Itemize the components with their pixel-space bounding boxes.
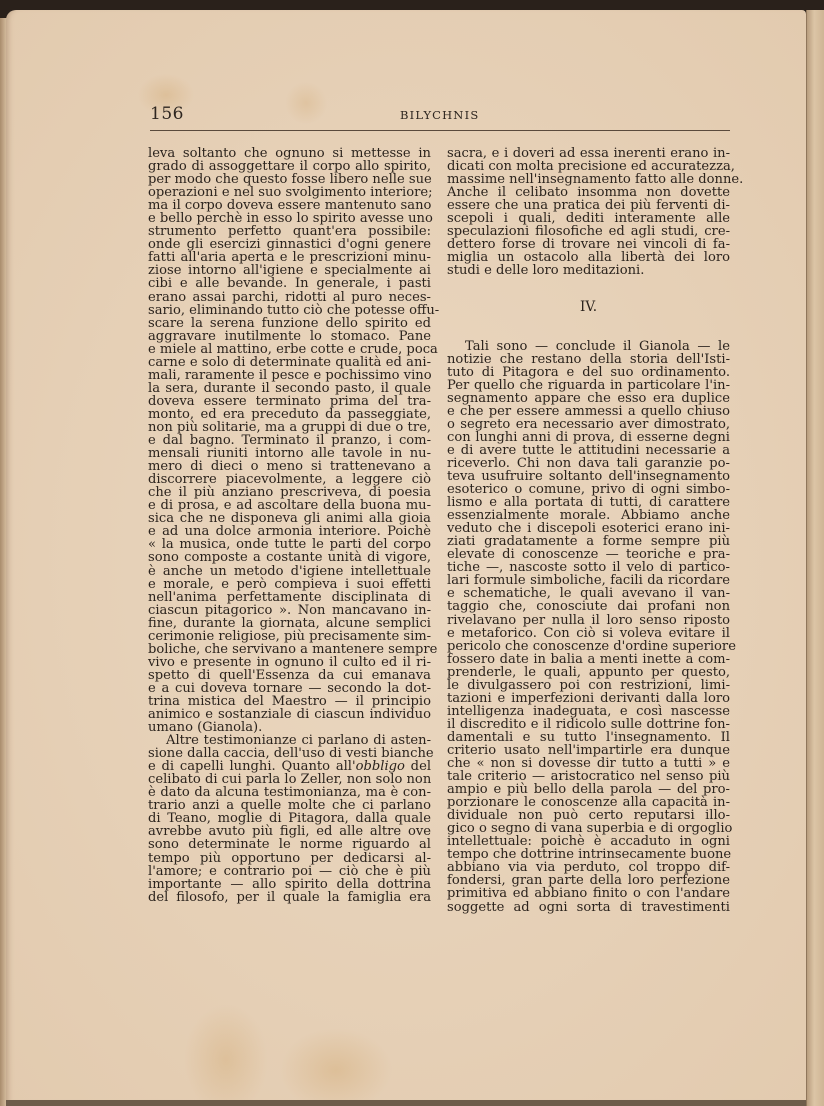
text-line: con lunghi anni di prova, di esserne deg… xyxy=(447,431,730,444)
text-line: soggette ad ogni sorta di travestimenti xyxy=(447,901,730,914)
text-line: e metaforico. Con ciò si voleva evitare … xyxy=(447,627,730,640)
text-line: tuto di Pitagora e del suo ordinamento. xyxy=(447,366,730,379)
text-line: carne e solo di determinate qualità ed a… xyxy=(148,356,431,369)
text-line: sario, eliminando tutto ciò che potesse … xyxy=(148,304,431,317)
running-title: BILYCHNIS xyxy=(400,108,479,122)
page-header: 156 BILYCHNIS xyxy=(150,104,730,131)
text-line: e a cui doveva tornare — secondo la dot- xyxy=(148,682,431,695)
page-bottom-edge xyxy=(6,1100,806,1106)
text-line: damentali e su tutto l'insegnamento. Il xyxy=(447,731,730,744)
text-line: erano assai parchi, ridotti al puro nece… xyxy=(148,291,431,304)
text-line: o segreto era necessario aver dimostrato… xyxy=(447,418,730,431)
text-line: e di avere tutte le attitudini necessari… xyxy=(447,444,730,457)
text-line: scare la serena funzione dello spirito e… xyxy=(148,317,431,330)
left-column: leva soltanto che ognuno si mettesse in … xyxy=(148,147,431,904)
text-line: nell'anima perfettamente disciplinata di xyxy=(148,591,431,604)
text-line: sono composte a costante unità di vigore… xyxy=(148,551,431,564)
text-line: è anche un metodo d'igiene intellettuale xyxy=(148,565,431,578)
text-line: le divulgassero poi con restrizioni, lim… xyxy=(447,679,730,692)
text-line: studi e delle loro meditazioni. xyxy=(447,264,730,277)
text-line: primitiva ed abbiano finito o con l'anda… xyxy=(447,887,730,900)
text-line: mali, raramente il pesce e pochissimo vi… xyxy=(148,369,431,382)
text-line: fossero date in balia a menti inette a c… xyxy=(447,653,730,666)
text-line: cerimonie religiose, più precisamente si… xyxy=(148,630,431,643)
text-line: l'amore; e contrario poi — ciò che è più xyxy=(148,865,431,878)
paragraph-start-line: Tali sono — conclude il Gianola — le xyxy=(447,340,730,353)
next-page-edge xyxy=(806,10,824,1106)
text-line: Per quello che riguarda in particolare l… xyxy=(447,379,730,392)
text-line: tempo più opportuno per dedicarsi al- xyxy=(148,852,431,865)
text-line: intelligenza inadeguata, e così nascesse xyxy=(447,705,730,718)
text-line: spetto di quell'Essenza da cui emanava xyxy=(148,669,431,682)
text-line: cibi e alle bevande. In generale, i past… xyxy=(148,277,431,290)
text-line: pericolo che conoscenze d'ordine superio… xyxy=(447,640,730,653)
text-line: la sera, durante il secondo pasto, il qu… xyxy=(148,382,431,395)
text-line: ciascun pitagorico ». Non mancavano in- xyxy=(148,604,431,617)
section-heading: IV. xyxy=(447,301,730,314)
text-line: segnamento appare che esso era duplice xyxy=(447,392,730,405)
text-line: boliche, che servivano a mantenere sempr… xyxy=(148,643,431,656)
text-line: importante — allo spirito della dottrina xyxy=(148,878,431,891)
text-line: rivelavano per nulla il loro senso ripos… xyxy=(447,614,730,627)
text-line: e morale, e però compieva i suoi effetti xyxy=(148,578,431,591)
text-line: notizie che restano della storia dell'Is… xyxy=(447,353,730,366)
text-line: e miele al mattino, erbe cotte e crude, … xyxy=(148,343,431,356)
text-line: vivo e presente in ognuno il culto ed il… xyxy=(148,656,431,669)
text-line: fine, durante la giornata, alcune sempli… xyxy=(148,617,431,630)
page-number: 156 xyxy=(150,104,184,124)
text-line: doveva essere terminato prima del tra- xyxy=(148,395,431,408)
text-line: tazioni e imperfezioni derivanti dalla l… xyxy=(447,692,730,705)
text-line: taggio che, conosciute dai profani non xyxy=(447,600,730,613)
text-line: e che per essere ammessi a quello chiuso xyxy=(447,405,730,418)
text-line: aggravare inutilmente lo stomaco. Pane xyxy=(148,330,431,343)
text-line: del filosofo, per il quale la famiglia e… xyxy=(148,891,431,904)
right-column: sacra, e i doveri ad essa inerenti erano… xyxy=(447,147,730,914)
text-line: prenderle, le quali, appunto per questo, xyxy=(447,666,730,679)
text-line: sono determinate le norme riguardo al xyxy=(148,838,431,851)
text-line: il discredito e il ridicolo sulle dottri… xyxy=(447,718,730,731)
